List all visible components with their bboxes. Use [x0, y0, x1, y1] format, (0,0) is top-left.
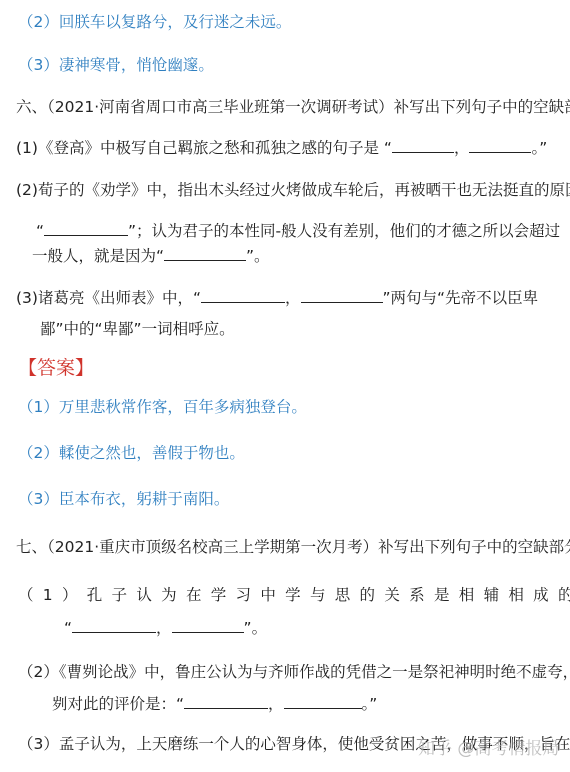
answer-text: 回朕车以复路兮，及行迷之未远。: [59, 13, 292, 31]
comma: ，: [268, 695, 284, 713]
section-6-question-2-line-1: (2)荀子的《劝学》中，指出木头经过火烤做成车轮后，再被晒干也无法挺直的原因是: [16, 180, 570, 200]
blank-field[interactable]: [201, 288, 285, 303]
answer-label: （2）: [18, 13, 59, 31]
quote-mark: ”。: [244, 619, 268, 637]
blank-field[interactable]: [44, 221, 128, 236]
quote-mark: “: [36, 222, 44, 240]
answer-line-top-2: （2）回朕车以复路兮，及行迷之未远。: [18, 12, 291, 32]
question-text: (3)诸葛亮《出师表》中，“: [16, 289, 201, 307]
comma: ，: [285, 289, 301, 307]
answer-text: 臣本布衣，躬耕于南阳。: [59, 490, 230, 508]
blank-field[interactable]: [184, 694, 268, 709]
answer-label: （3）: [18, 56, 59, 74]
section-6-question-1: (1)《登高》中极写自己羁旅之愁和孤独之感的句子是 “，。”: [16, 138, 547, 158]
answer-text: 凄神寒骨，悄怆幽邃。: [59, 56, 214, 74]
answer-label: （3）: [18, 490, 59, 508]
section-6-question-3-line-2: 鄙”中的“卑鄙”一词相呼应。: [40, 319, 235, 339]
blank-field[interactable]: [164, 246, 246, 261]
watermark: 知乎 @高考情报局: [418, 734, 559, 759]
blank-field[interactable]: [72, 618, 156, 633]
question-text: ”两句与“先帝不以臣卑: [383, 289, 539, 307]
answer-heading: 【答案】: [18, 358, 94, 378]
quote-mark: “: [64, 619, 72, 637]
section-7-question-1-line-2: “，”。: [64, 618, 267, 638]
answer-line-top-3: （3）凄神寒骨，悄怆幽邃。: [18, 55, 214, 75]
blank-field[interactable]: [392, 138, 454, 153]
answer-text: 万里悲秋常作客，百年多病独登台。: [59, 398, 307, 416]
comma: ，: [156, 619, 172, 637]
section-6-question-2-line-3: 一般人，就是因为“”。: [32, 246, 270, 266]
blank-field[interactable]: [284, 694, 362, 709]
section-7-question-2-line-2: 刿对此的评价是：“，。”: [52, 694, 377, 714]
section-6-question-2-line-2: “”；认为君子的本性同-般人没有差别，他们的才德之所以会超过: [36, 221, 560, 241]
answer-text: 輮使之然也，善假于物也。: [59, 444, 245, 462]
section-7-question-1-line-1: （1）孔子认为在学习中学与思的关系是相辅相成的，即: [18, 585, 570, 605]
section-6-heading: 六、（2021·河南省周口市高三毕业班第一次调研考试）补写出下列句子中的空缺部分…: [16, 97, 570, 117]
section-7-heading: 七、（2021·重庆市顶级名校高三上学期第一次月考）补写出下列句子中的空缺部分。: [16, 537, 570, 557]
quote-mark: “: [384, 139, 392, 157]
blank-field[interactable]: [172, 618, 244, 633]
answer-label: （2）: [18, 444, 59, 462]
question-text: 一般人，就是因为“: [32, 247, 164, 265]
blank-field[interactable]: [469, 138, 531, 153]
section-7-question-2-line-1: （2）《曹刿论战》中，鲁庄公认为与齐师作战的凭借之一是祭祀神明时绝不虚夸，曹: [18, 662, 570, 682]
question-text: (1)《登高》中极写自己羁旅之愁和孤独之感的句子是: [16, 139, 379, 157]
answer-line-2: （2）輮使之然也，善假于物也。: [18, 443, 245, 463]
answer-line-3: （3）臣本布衣，躬耕于南阳。: [18, 489, 229, 509]
question-text: ”；认为君子的本性同-般人没有差别，他们的才德之所以会超过: [128, 222, 560, 240]
quote-mark: ”。: [246, 247, 270, 265]
answer-label: （1）: [18, 398, 59, 416]
section-6-question-3-line-1: (3)诸葛亮《出师表》中，“，”两句与“先帝不以臣卑: [16, 288, 538, 308]
question-text: 刿对此的评价是：“: [52, 695, 184, 713]
quote-mark: 。”: [362, 695, 378, 713]
answer-line-1: （1）万里悲秋常作客，百年多病独登台。: [18, 397, 307, 417]
comma: ，: [454, 139, 470, 157]
blank-field[interactable]: [301, 288, 383, 303]
quote-mark: 。”: [531, 139, 547, 157]
